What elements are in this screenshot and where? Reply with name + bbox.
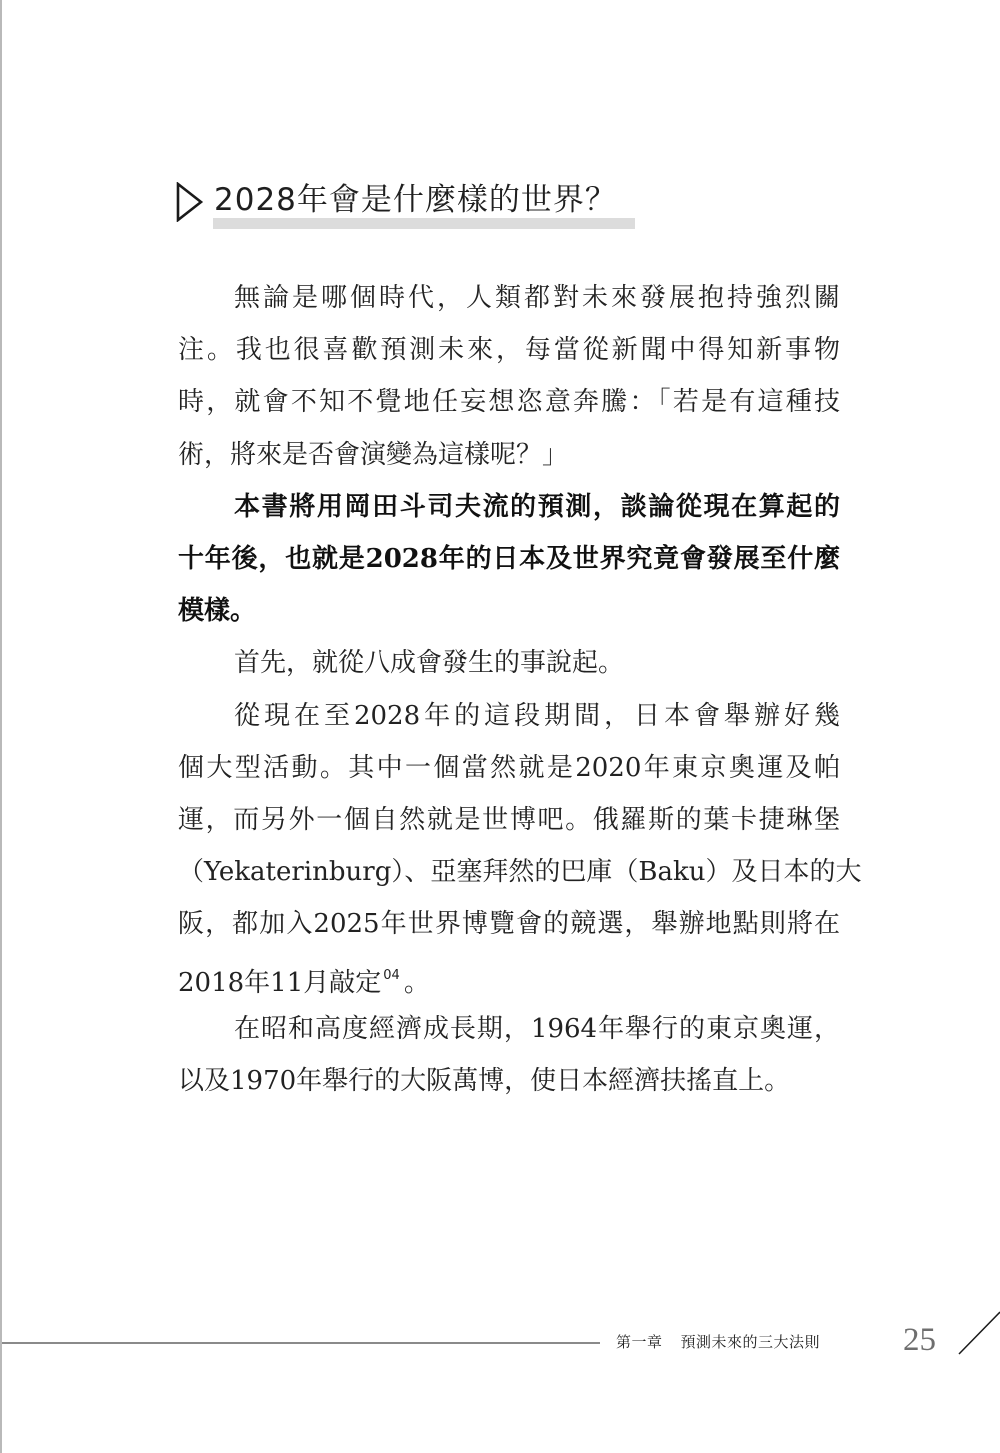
text-line: 本書將用岡田斗司夫流的預測，談論從現在算起的 bbox=[178, 481, 840, 533]
text-line: 個大型活動。其中一個當然就是2020年東京奧運及帕 bbox=[178, 742, 840, 794]
text-line: 在昭和高度經濟成長期，1964年舉行的東京奧運， bbox=[178, 1003, 840, 1055]
paragraph-3: 首先，就從八成會發生的事說起。 bbox=[178, 637, 840, 689]
paragraph-4: 從現在至2028年的這段期間，日本會舉辦好幾 個大型活動。其中一個當然就是202… bbox=[178, 690, 840, 1003]
text-line: 阪，都加入2025年世界博覽會的競選，舉辦地點則將在 bbox=[178, 898, 840, 950]
text-fragment: 2018年11月敲定 bbox=[178, 968, 381, 998]
page-number: 25 bbox=[903, 1320, 936, 1360]
text-line: 從現在至2028年的這段期間，日本會舉辦好幾 bbox=[178, 690, 840, 742]
footnote-reference[interactable]: 04 bbox=[383, 968, 400, 983]
text-line: （Yekaterinburg）、亞塞拜然的巴庫（Baku）及日本的大 bbox=[178, 846, 840, 898]
section-title: 2028年會是什麼樣的世界？ bbox=[214, 180, 617, 220]
text-line: 注。我也很喜歡預測未來，每當從新聞中得知新事物 bbox=[178, 324, 840, 376]
text-line: 以及1970年舉行的大阪萬博，使日本經濟扶搖直上。 bbox=[178, 1055, 840, 1107]
text-line: 時，就會不知不覺地任妄想恣意奔騰：「若是有這種技 bbox=[178, 376, 840, 428]
text-line: 術，將來是否會演變為這樣呢？」 bbox=[178, 429, 840, 481]
text-fragment: 。 bbox=[404, 968, 430, 998]
chapter-label: 第一章 bbox=[616, 1333, 663, 1351]
text-line: 無論是哪個時代，人類都對未來發展抱持強烈關 bbox=[178, 272, 840, 324]
paragraph-5: 在昭和高度經濟成長期，1964年舉行的東京奧運， 以及1970年舉行的大阪萬博，… bbox=[178, 1003, 840, 1107]
decorative-slash-icon bbox=[955, 1308, 1000, 1358]
text-line: 首先，就從八成會發生的事說起。 bbox=[178, 637, 840, 689]
chapter-title: 預測未來的三大法則 bbox=[681, 1333, 821, 1351]
text-line: 模樣。 bbox=[178, 585, 840, 637]
text-line: 十年後，也就是2028年的日本及世界究竟會發展至什麼 bbox=[178, 533, 840, 585]
footer-rule bbox=[2, 1342, 600, 1344]
page-edge bbox=[0, 0, 2, 1453]
section-heading: 2028年會是什麼樣的世界？ bbox=[176, 178, 646, 230]
paragraph-1: 無論是哪個時代，人類都對未來發展抱持強烈關 注。我也很喜歡預測未來，每當從新聞中… bbox=[178, 272, 840, 481]
text-line-with-footnote: 2018年11月敲定04。 bbox=[178, 950, 840, 1002]
body-text: 無論是哪個時代，人類都對未來發展抱持強烈關 注。我也很喜歡預測未來，每當從新聞中… bbox=[178, 272, 840, 1107]
paragraph-2-bold: 本書將用岡田斗司夫流的預測，談論從現在算起的 十年後，也就是2028年的日本及世… bbox=[178, 481, 840, 638]
text-line: 運，而另外一個自然就是世博吧。俄羅斯的葉卡捷琳堡 bbox=[178, 794, 840, 846]
triangle-right-outline-icon bbox=[176, 182, 204, 222]
running-footer: 第一章預測未來的三大法則 bbox=[616, 1330, 820, 1354]
